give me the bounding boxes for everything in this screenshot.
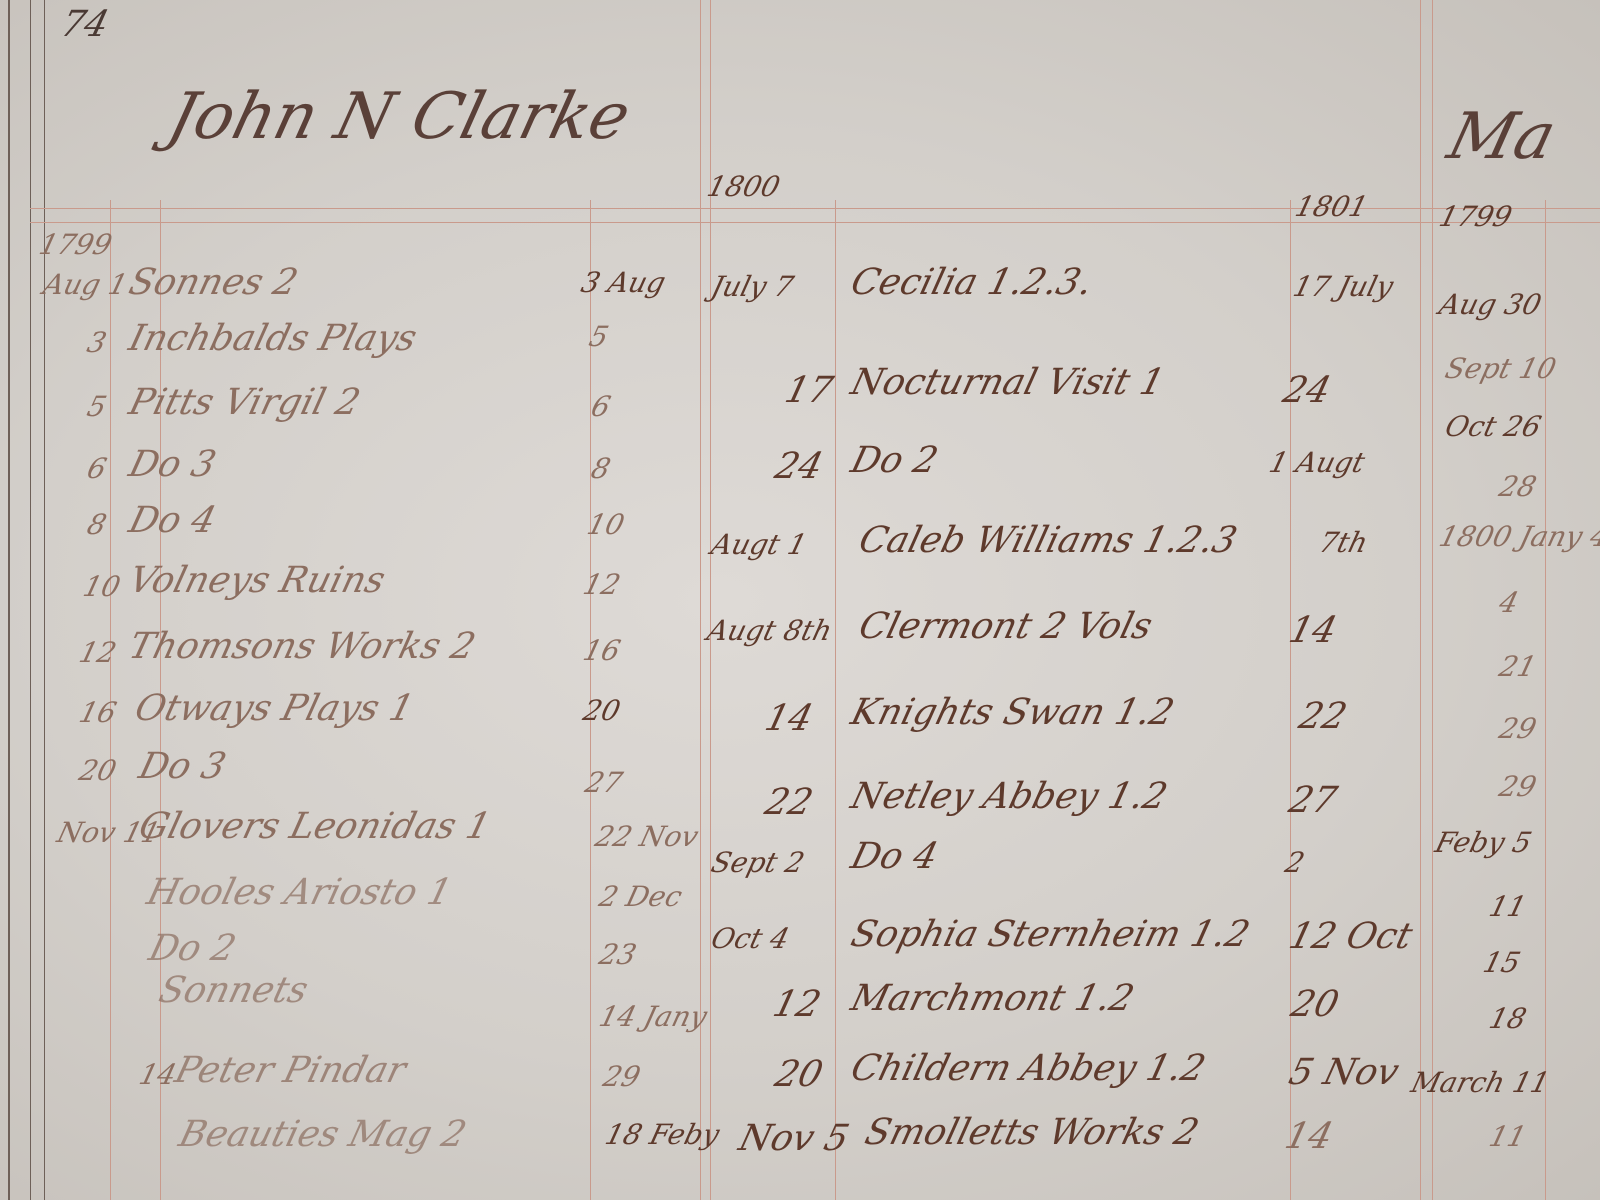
entry-return-date: 6 (588, 390, 614, 423)
column-rule (1432, 0, 1433, 1200)
entry-out-date: 20 (76, 754, 120, 787)
column-rule (1545, 200, 1546, 1200)
page-number: 74 (57, 4, 113, 45)
entry-out-date: 12 (76, 636, 120, 669)
entry-title: Clermont 2 Vols (855, 606, 1156, 647)
entry-return-date: 18 Feby (602, 1118, 723, 1151)
entry-title: Do 4 (125, 500, 220, 541)
entry-out-date: 6 (84, 452, 110, 485)
entry-title: Sonnets (155, 970, 312, 1011)
entry-out-date: 29 (1496, 770, 1540, 803)
entry-return-date: 14 Jany (596, 1000, 711, 1033)
entry-return-date: 22 (1295, 696, 1351, 737)
section-1-year: 1799 (36, 228, 115, 261)
entry-return-date: 22 Nov (592, 820, 702, 853)
entry-return-date: 10 (584, 508, 628, 541)
entry-return-date: 27 (582, 766, 626, 799)
entry-return-date: 3 Aug (578, 266, 669, 299)
entry-return-date: 12 (580, 568, 624, 601)
entry-title: Netley Abbey 1.2 (847, 776, 1172, 817)
entry-out-date: Augt 8th (704, 614, 836, 647)
entry-title: Beauties Mag 2 (175, 1114, 471, 1155)
entry-title: Peter Pindar (171, 1050, 410, 1091)
column-rule (1290, 200, 1291, 1200)
section-3-year: 1799 (1436, 200, 1515, 233)
entry-out-date: 24 (771, 446, 827, 487)
entry-title: Inchbalds Plays (125, 318, 421, 359)
header-rule (30, 222, 1600, 223)
entry-out-date: 8 (84, 508, 110, 541)
entry-out-date: 16 (76, 696, 120, 729)
entry-title: Pitts Virgil 2 (125, 382, 364, 423)
entry-return-date: 17 July (1290, 270, 1397, 303)
entry-out-date: 11 (1486, 890, 1530, 923)
entry-out-date: Feby 5 (1432, 826, 1535, 859)
entry-out-date: Oct 4 (708, 922, 793, 955)
entry-return-date: 1 Augt (1266, 446, 1368, 479)
page-binding-line (30, 0, 31, 1200)
entry-return-date: 14 (1281, 1116, 1337, 1157)
entry-out-date: 12 (769, 984, 825, 1025)
entry-return-date: 7th (1316, 526, 1371, 559)
account-name-heading: John N Clarke (161, 80, 638, 154)
entry-out-date: 1800 Jany 4 (1436, 520, 1600, 553)
entry-title: Do 4 (847, 836, 942, 877)
entry-out-date: 5 (84, 390, 110, 423)
entry-out-date: Augt 1 (708, 528, 810, 561)
entry-out-date: 18 (1486, 1002, 1530, 1035)
entry-out-date: July 7 (708, 270, 797, 303)
entry-out-date: Nov 5 (735, 1118, 853, 1159)
entry-title: Marchmont 1.2 (847, 978, 1138, 1019)
entry-return-date: 27 (1285, 780, 1341, 821)
entry-out-date: 14 (761, 698, 817, 739)
entry-title: Childern Abbey 1.2 (847, 1048, 1210, 1089)
entry-title: Volneys Ruins (125, 560, 389, 601)
column-rule (1420, 0, 1421, 1200)
entry-out-date: 3 (84, 326, 110, 359)
section-2-year: 1800 (704, 170, 783, 203)
entry-return-date: 12 Oct (1285, 916, 1417, 957)
entry-out-date: 11 (1486, 1120, 1530, 1153)
entry-out-date: 28 (1496, 470, 1540, 503)
entry-return-date: 20 (1287, 984, 1343, 1025)
entry-title: Otways Plays 1 (131, 688, 418, 729)
entry-return-date: 8 (588, 452, 614, 485)
entry-title: Glovers Leonidas 1 (135, 806, 495, 847)
column-rule (835, 200, 836, 1200)
entry-return-date: 29 (600, 1060, 644, 1093)
entry-out-date: 21 (1496, 650, 1540, 683)
entry-title: Caleb Williams 1.2.3 (855, 520, 1241, 561)
entry-out-date: Aug 30 (1436, 288, 1545, 321)
entry-title: Do 2 (145, 928, 240, 969)
entry-title: Do 2 (847, 440, 942, 481)
entry-out-date: Sept 10 (1442, 352, 1560, 385)
page-binding-line (8, 0, 10, 1200)
entry-title: Hooles Ariosto 1 (143, 872, 456, 913)
ledger-page: 74 John N Clarke Ma 1799 1800 1801 1799 … (0, 0, 1600, 1200)
entry-return-date: 24 (1279, 370, 1335, 411)
entry-title: Do 3 (135, 746, 230, 787)
entry-out-date: 29 (1496, 712, 1540, 745)
entry-out-date: Oct 26 (1442, 410, 1545, 443)
entry-out-date: 10 (80, 570, 124, 603)
section-2-return-year: 1801 (1292, 190, 1371, 223)
entry-out-date: Sept 2 (708, 846, 808, 879)
right-heading-fragment: Ma (1441, 100, 1563, 174)
entry-title: Sonnes 2 (125, 262, 302, 303)
entry-return-date: 20 (580, 694, 624, 727)
entry-title: Smolletts Works 2 (861, 1112, 1203, 1153)
entry-return-date: 2 (1282, 846, 1308, 879)
entry-return-date: 23 (596, 938, 640, 971)
entry-return-date: 5 Nov (1285, 1052, 1403, 1093)
entry-return-date: 16 (580, 634, 624, 667)
entry-out-date: 4 (1496, 586, 1522, 619)
entry-out-date: 20 (771, 1054, 827, 1095)
entry-out-date: Aug 1 (40, 268, 131, 301)
page-binding-line (44, 0, 45, 1200)
entry-return-date: 2 Dec (596, 880, 686, 913)
entry-title: Cecilia 1.2.3. (847, 262, 1097, 303)
entry-title: Sophia Sternheim 1.2 (847, 914, 1254, 955)
entry-out-date: March 11 (1408, 1066, 1553, 1099)
entry-title: Thomsons Works 2 (125, 626, 480, 667)
entry-title: Do 3 (125, 444, 220, 485)
entry-out-date: 17 (781, 370, 837, 411)
entry-title: Nocturnal Visit 1 (847, 362, 1169, 403)
entry-return-date: 14 (1285, 610, 1341, 651)
entry-out-date: 22 (761, 782, 817, 823)
entry-out-date: 15 (1480, 946, 1524, 979)
entry-title: Knights Swan 1.2 (847, 692, 1178, 733)
